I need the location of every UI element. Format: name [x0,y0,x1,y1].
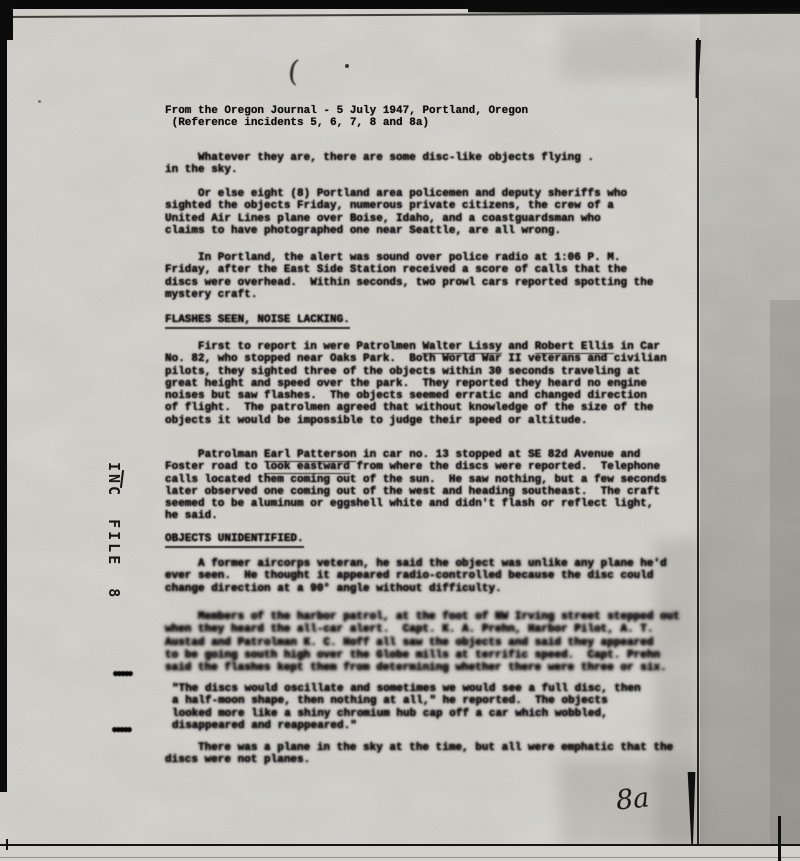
scan-line-bottom-faint [0,857,800,858]
paragraph-intro: Whatever they are, there are some disc-l… [165,152,594,177]
heading-objects-unidentified: OBJECTS UNIDENTIFIED. [165,533,304,548]
margin-note-inc-file: INC FILE 8 [105,462,123,600]
scan-edge-left [0,0,7,792]
scan-shadow-right-edge [770,300,800,861]
heading-flashes-seen: FLASHES SEEN, NOISE LACKING. [165,314,350,329]
paragraph-harbor-patrol: Members of the harbor patrol, at the foo… [165,611,680,675]
scan-blob-right-top [693,40,701,98]
scan-strip-below-bottom [0,846,800,861]
scan-line-right [697,38,699,855]
scan-line-top [0,12,800,18]
text-segment: in Car No. 82, who stopped near Oaks Par… [165,341,667,427]
scan-edge-left-corner [0,0,13,40]
ink-speck [38,100,41,103]
scan-tick-bottom-left [6,839,8,850]
paragraph-disc-quote: "The discs would oscillate and sometimes… [172,683,641,732]
stray-paren-mark: ( [286,54,301,89]
document-header: From the Oregon Journal - 5 July 1947, P… [165,105,528,130]
underlined-phrase: look eastward [264,461,350,474]
text-segment: Patrolman [165,449,264,461]
text-segment: First to report in were Patrolmen [165,341,422,353]
heading-flashes-seen-text: FLASHES SEEN, NOISE LACKING. [165,314,350,329]
ink-speck [345,64,349,68]
paragraph-patrolman-patterson: Patrolman Earl Patterson in car no. 13 s… [165,449,667,523]
margin-dots-row-2: ●●●●● [111,723,130,737]
paragraph-police-radio-alert: In Portland, the alert was sound over po… [165,252,653,301]
paragraph-patrolmen-lissy-ellis: First to report in were Patrolmen Walter… [165,341,667,427]
handwritten-page-number: 8a [614,782,650,816]
scan-blob-right-bottom [686,772,697,848]
text-segment: and [502,341,535,353]
scan-shadow-right-band [700,10,800,861]
paragraph-not-planes: There was a plane in the sky at the time… [165,742,673,767]
paragraph-aircorps-veteran: A former aircorps veteran, he said the o… [165,558,667,595]
scan-smear-top-right [560,20,700,80]
scanned-document-page: From the Oregon Journal - 5 July 1947, P… [0,0,800,861]
margin-dots-row-1: ●●●●● [112,667,131,681]
paragraph-police-sightings: Or else eight (8) Portland area policeme… [165,188,627,237]
scan-tick-bottom-right [778,816,781,861]
heading-objects-unidentified-text: OBJECTS UNIDENTIFIED. [165,533,304,548]
